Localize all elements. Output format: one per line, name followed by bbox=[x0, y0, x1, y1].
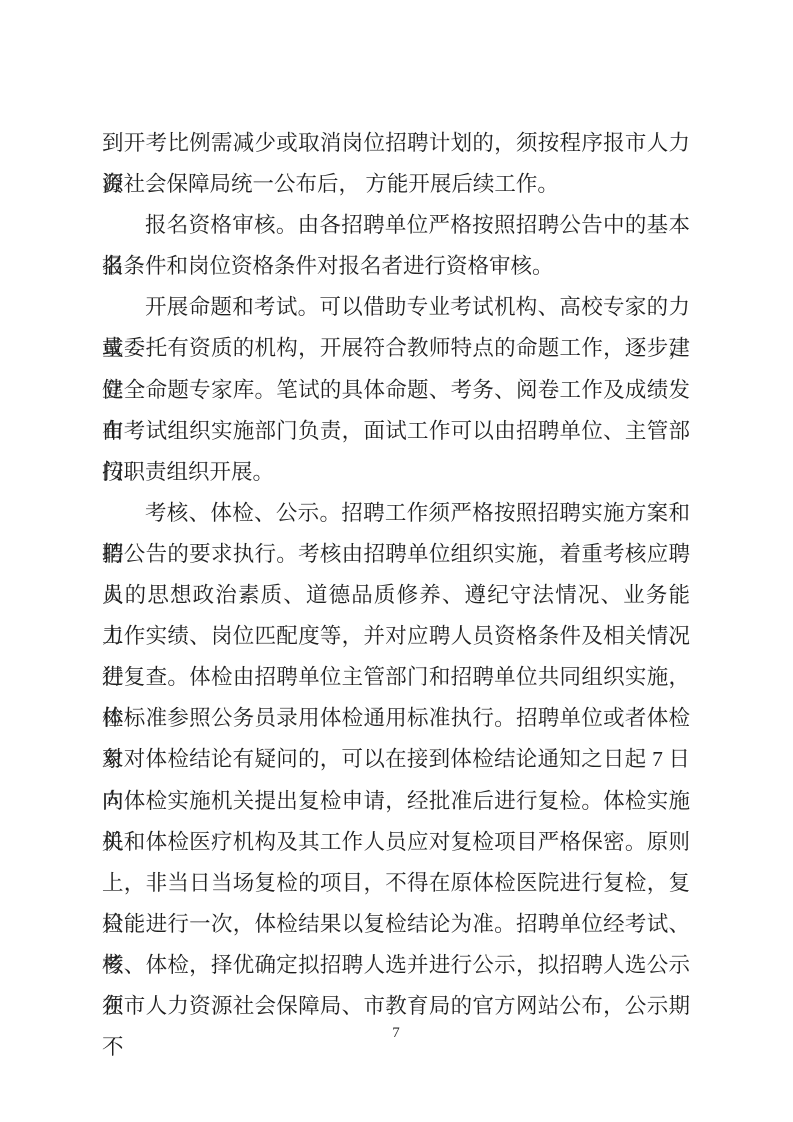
text-line: 关和体检医疗机构及其工作人员应对复检项目严格保密。原则 bbox=[102, 822, 690, 863]
text-line: 源社会保障局统一公布后， 方能开展后续工作。 bbox=[102, 164, 690, 205]
text-line: 按职责组织开展。 bbox=[102, 452, 690, 493]
text-line: 考核、体检、公示。招聘工作须严格按照招聘实施方案和招 bbox=[102, 493, 690, 534]
document-text: 到开考比例需减少或取消岗位招聘计划的，须按程序报市人力资源社会保障局统一公布后，… bbox=[102, 123, 690, 1027]
text-line: 报名资格审核。由各招聘单位严格按照招聘公告中的基本报 bbox=[102, 205, 690, 246]
text-line: 上，非当日当场复检的项目，不得在原体检医院进行复检，复检 bbox=[102, 863, 690, 904]
text-line: 象对体检结论有疑问的，可以在接到体检结论通知之日起 7 日内 bbox=[102, 739, 690, 780]
text-line: 或委托有资质的机构，开展符合教师特点的命题工作，逐步建立 bbox=[102, 328, 690, 369]
text-line: 向体检实施机关提出复检申请，经批准后进行复检。体检实施机 bbox=[102, 781, 690, 822]
text-line: 到开考比例需减少或取消岗位招聘计划的，须按程序报市人力资 bbox=[102, 123, 690, 164]
text-line: 名条件和岗位资格条件对报名者进行资格审核。 bbox=[102, 246, 690, 287]
document-page: 到开考比例需减少或取消岗位招聘计划的，须按程序报市人力资源社会保障局统一公布后，… bbox=[0, 0, 793, 1122]
text-line: 由考试组织实施部门负责，面试工作可以由招聘单位、主管部门 bbox=[102, 411, 690, 452]
text-line: 核、体检，择优确定拟招聘人选并进行公示，拟招聘人选公示须 bbox=[102, 945, 690, 986]
text-line: 只能进行一次，体检结果以复检结论为准。招聘单位经考试、考 bbox=[102, 904, 690, 945]
text-line: 员的思想政治素质、道德品质修养、遵纪守法情况、业务能力、 bbox=[102, 575, 690, 616]
text-line: 行复查。体检由招聘单位主管部门和招聘单位共同组织实施，体 bbox=[102, 657, 690, 698]
text-line: 健全命题专家库。笔试的具体命题、考务、阅卷工作及成绩发布 bbox=[102, 370, 690, 411]
text-line: 开展命题和考试。可以借助专业考试机构、高校专家的力量， bbox=[102, 287, 690, 328]
text-line: 在市人力资源社会保障局、市教育局的官方网站公布，公示期不 bbox=[102, 986, 690, 1027]
text-line: 聘公告的要求执行。考核由招聘单位组织实施，着重考核应聘人 bbox=[102, 534, 690, 575]
page-number: 7 bbox=[102, 1022, 690, 1044]
text-line: 检标准参照公务员录用体检通用标准执行。招聘单位或者体检对 bbox=[102, 698, 690, 739]
text-line: 工作实绩、岗位匹配度等，并对应聘人员资格条件及相关情况进 bbox=[102, 616, 690, 657]
